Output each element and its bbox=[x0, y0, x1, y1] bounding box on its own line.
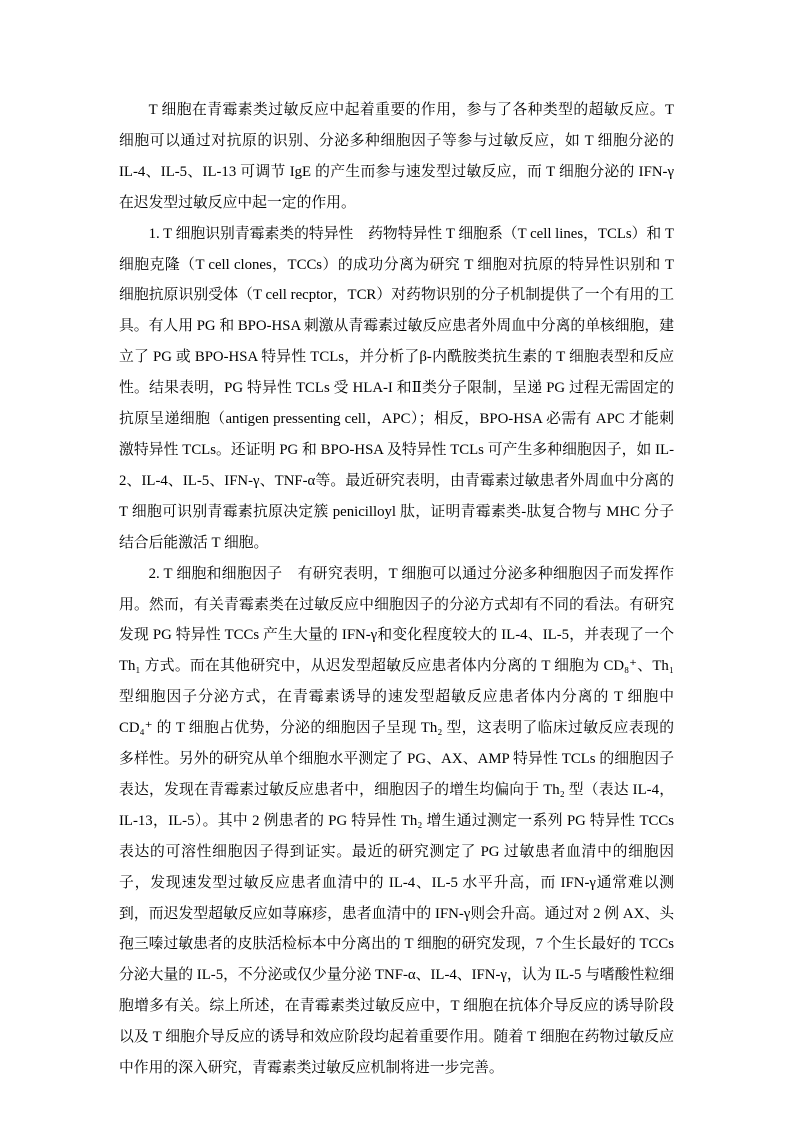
document-text-body: T 细胞在青霉素类过敏反应中起着重要的作用，参与了各种类型的超敏反应。T 细胞可… bbox=[119, 95, 674, 1084]
paragraph-section-2-t-cell-cytokines: 2. T 细胞和细胞因子 有研究表明，T 细胞可以通过分泌多种细胞因子而发挥作用… bbox=[119, 559, 674, 1084]
document-page: T 细胞在青霉素类过敏反应中起着重要的作用，参与了各种类型的超敏反应。T 细胞可… bbox=[0, 0, 793, 1122]
paragraph-section-1-t-cell-specificity: 1. T 细胞识别青霉素类的特异性 药物特异性 T 细胞系（T cell lin… bbox=[119, 219, 674, 559]
paragraph-intro: T 细胞在青霉素类过敏反应中起着重要的作用，参与了各种类型的超敏反应。T 细胞可… bbox=[119, 95, 674, 219]
